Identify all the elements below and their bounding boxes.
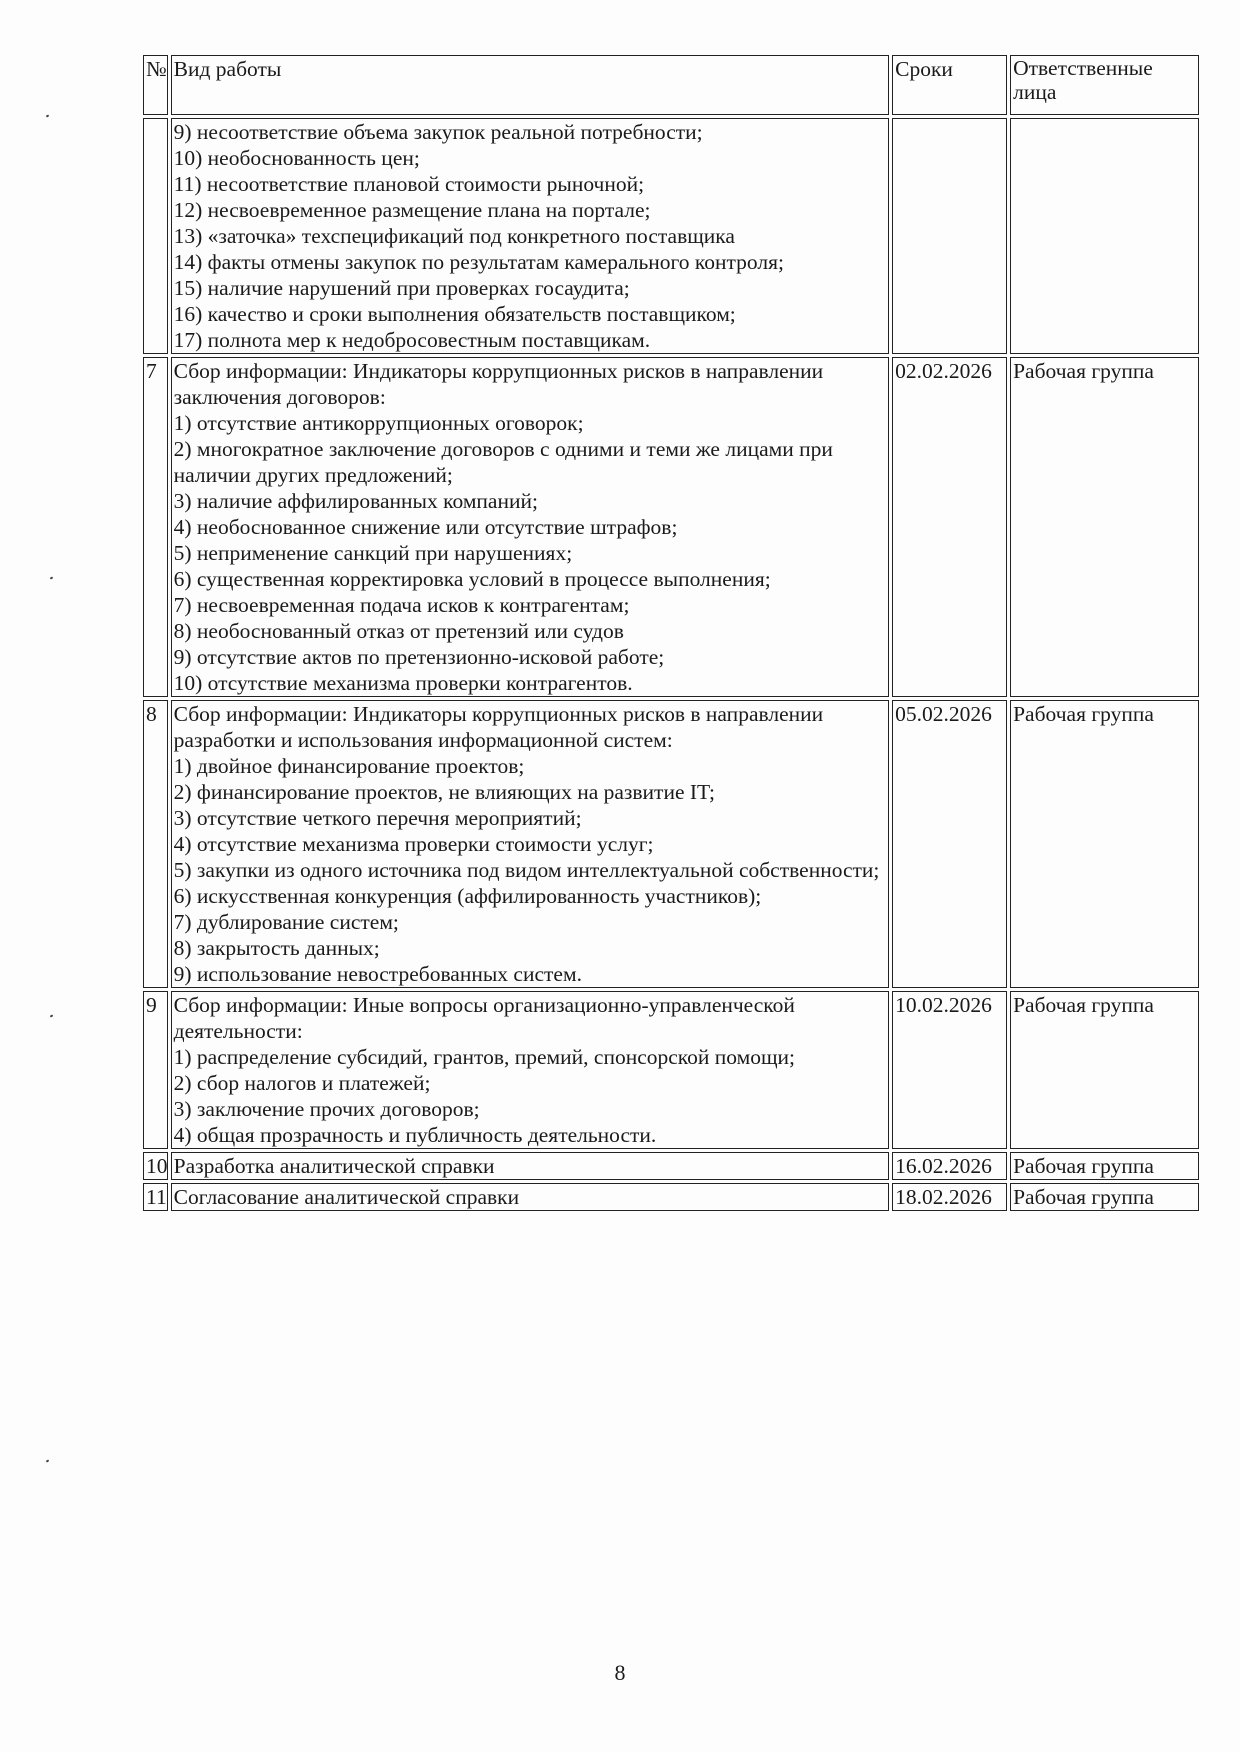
header-deadline: Сроки xyxy=(892,55,1007,115)
document-page: № Вид работы Сроки Ответственные лица 9)… xyxy=(0,0,1240,1752)
row-number: 11 xyxy=(143,1183,168,1211)
deadline: 02.02.2026 xyxy=(892,357,1007,697)
work-line: 2) финансирование проектов, не влияющих … xyxy=(174,779,887,805)
page-number: 8 xyxy=(0,1660,1240,1686)
table-body: 9) несоответствие объема закупок реально… xyxy=(143,118,1199,1211)
responsible xyxy=(1010,118,1199,354)
table-row: 9) несоответствие объема закупок реально… xyxy=(143,118,1199,354)
work-description: Сбор информации: Иные вопросы организаци… xyxy=(171,991,890,1149)
header-responsible: Ответственные лица xyxy=(1010,55,1199,115)
row-number: 8 xyxy=(143,700,168,988)
responsible: Рабочая группа xyxy=(1010,1152,1199,1180)
work-line: 1) двойное финансирование проектов; xyxy=(174,753,887,779)
work-line: 2) многократное заключение договоров с о… xyxy=(174,436,887,488)
work-description: Сбор информации: Индикаторы коррупционны… xyxy=(171,357,890,697)
work-line: Сбор информации: Индикаторы коррупционны… xyxy=(174,358,887,410)
row-number: 7 xyxy=(143,357,168,697)
table-row: 7Сбор информации: Индикаторы коррупционн… xyxy=(143,357,1199,697)
work-line: 11) несоответствие плановой стоимости ры… xyxy=(174,171,887,197)
work-line: 16) качество и сроки выполнения обязател… xyxy=(174,301,887,327)
work-description: Разработка аналитической справки xyxy=(171,1152,890,1180)
work-line: Сбор информации: Индикаторы коррупционны… xyxy=(174,701,887,753)
responsible: Рабочая группа xyxy=(1010,1183,1199,1211)
deadline: 18.02.2026 xyxy=(892,1183,1007,1211)
responsible: Рабочая группа xyxy=(1010,700,1199,988)
work-line: Разработка аналитической справки xyxy=(174,1153,887,1179)
work-line: 7) несвоевременная подача исков к контра… xyxy=(174,592,887,618)
work-line: 4) общая прозрачность и публичность деят… xyxy=(174,1122,887,1148)
work-line: 8) закрытость данных; xyxy=(174,935,887,961)
deadline: 05.02.2026 xyxy=(892,700,1007,988)
work-line: 2) сбор налогов и платежей; xyxy=(174,1070,887,1096)
row-number: 10 xyxy=(143,1152,168,1180)
work-line: 3) заключение прочих договоров; xyxy=(174,1096,887,1122)
work-line: 6) существенная корректировка условий в … xyxy=(174,566,887,592)
work-line: 12) несвоевременное размещение плана на … xyxy=(174,197,887,223)
work-line: 4) необоснованное снижение или отсутстви… xyxy=(174,514,887,540)
work-line: 13) «заточка» техспецификаций под конкре… xyxy=(174,223,887,249)
scan-speck xyxy=(46,1459,50,1462)
work-line: 4) отсутствие механизма проверки стоимос… xyxy=(174,831,887,857)
header-number: № xyxy=(143,55,168,115)
table-row: 11Согласование аналитической справки18.0… xyxy=(143,1183,1199,1211)
table-header-row: № Вид работы Сроки Ответственные лица xyxy=(143,55,1199,115)
deadline xyxy=(892,118,1007,354)
work-line: 14) факты отмены закупок по результатам … xyxy=(174,249,887,275)
work-description: Сбор информации: Индикаторы коррупционны… xyxy=(171,700,890,988)
work-line: 9) несоответствие объема закупок реально… xyxy=(174,119,887,145)
work-line: 9) отсутствие актов по претензионно-иско… xyxy=(174,644,887,670)
scan-speck xyxy=(46,114,50,117)
work-line: 5) закупки из одного источника под видом… xyxy=(174,857,887,883)
work-line: Сбор информации: Иные вопросы организаци… xyxy=(174,992,887,1044)
deadline: 10.02.2026 xyxy=(892,991,1007,1149)
scan-speck xyxy=(50,576,54,579)
work-plan-table: № Вид работы Сроки Ответственные лица 9)… xyxy=(140,52,1202,1214)
work-line: 10) отсутствие механизма проверки контра… xyxy=(174,670,887,696)
header-work: Вид работы xyxy=(171,55,890,115)
deadline: 16.02.2026 xyxy=(892,1152,1007,1180)
work-line: 1) распределение субсидий, грантов, прем… xyxy=(174,1044,887,1070)
work-line: 3) наличие аффилированных компаний; xyxy=(174,488,887,514)
work-line: 3) отсутствие четкого перечня мероприяти… xyxy=(174,805,887,831)
table-row: 9Сбор информации: Иные вопросы организац… xyxy=(143,991,1199,1149)
work-description: Согласование аналитической справки xyxy=(171,1183,890,1211)
responsible: Рабочая группа xyxy=(1010,991,1199,1149)
work-line: 10) необоснованность цен; xyxy=(174,145,887,171)
table-row: 10Разработка аналитической справки16.02.… xyxy=(143,1152,1199,1180)
responsible: Рабочая группа xyxy=(1010,357,1199,697)
work-line: 7) дублирование систем; xyxy=(174,909,887,935)
row-number xyxy=(143,118,168,354)
work-line: 5) неприменение санкций при нарушениях; xyxy=(174,540,887,566)
work-line: 17) полнота мер к недобросовестным поста… xyxy=(174,327,887,353)
work-line: 8) необоснованный отказ от претензий или… xyxy=(174,618,887,644)
work-line: 1) отсутствие антикоррупционных оговорок… xyxy=(174,410,887,436)
work-description: 9) несоответствие объема закупок реально… xyxy=(171,118,890,354)
work-line: 9) использование невостребованных систем… xyxy=(174,961,887,987)
row-number: 9 xyxy=(143,991,168,1149)
work-line: Согласование аналитической справки xyxy=(174,1184,887,1210)
table-row: 8Сбор информации: Индикаторы коррупционн… xyxy=(143,700,1199,988)
work-line: 15) наличие нарушений при проверках госа… xyxy=(174,275,887,301)
scan-speck xyxy=(50,1014,54,1017)
work-line: 6) искусственная конкуренция (аффилирова… xyxy=(174,883,887,909)
